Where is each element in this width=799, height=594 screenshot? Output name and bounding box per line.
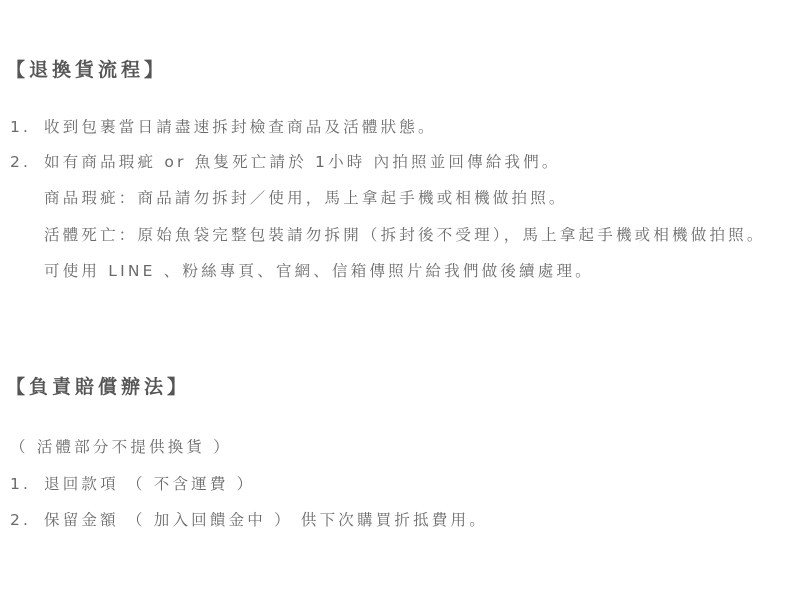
step-text: 收到包裹當日請盡速拆封檢查商品及活體狀態。 xyxy=(44,118,437,136)
compensation-item-2: 2.保留金額 （ 加入回饋金中 ） 供下次購買折抵費用。 xyxy=(10,509,488,531)
return-step-2: 2.如有商品瑕疵 or 魚隻死亡請於 1小時 內拍照並回傳給我們。 xyxy=(10,151,561,173)
compensation-title: 【負責賠償辦法】 xyxy=(6,375,190,399)
contact-channels-instruction: 可使用 LINE 、粉絲專頁、官網、信箱傳照片給我們做後續處理。 xyxy=(44,260,594,282)
item-text: 保留金額 （ 加入回饋金中 ） 供下次購買折抵費用。 xyxy=(44,511,488,529)
item-number: 2. xyxy=(10,509,44,531)
dead-fish-instruction: 活體死亡：原始魚袋完整包裝請勿拆開（拆封後不受理），馬上拿起手機或相機做拍照。 xyxy=(44,224,766,246)
compensation-item-1: 1.退回款項 （ 不含運費 ） xyxy=(10,473,255,495)
item-text: 退回款項 （ 不含運費 ） xyxy=(44,475,255,493)
step-number: 1. xyxy=(10,116,44,138)
defect-instruction: 商品瑕疵：商品請勿拆封／使用，馬上拿起手機或相機做拍照。 xyxy=(44,187,568,209)
step-text: 如有商品瑕疵 or 魚隻死亡請於 1小時 內拍照並回傳給我們。 xyxy=(44,153,561,171)
return-process-title: 【退換貨流程】 xyxy=(6,58,167,82)
item-number: 1. xyxy=(10,473,44,495)
step-number: 2. xyxy=(10,151,44,173)
compensation-note: （ 活體部分不提供換貨 ） xyxy=(10,436,232,458)
return-step-1: 1.收到包裹當日請盡速拆封檢查商品及活體狀態。 xyxy=(10,116,437,138)
